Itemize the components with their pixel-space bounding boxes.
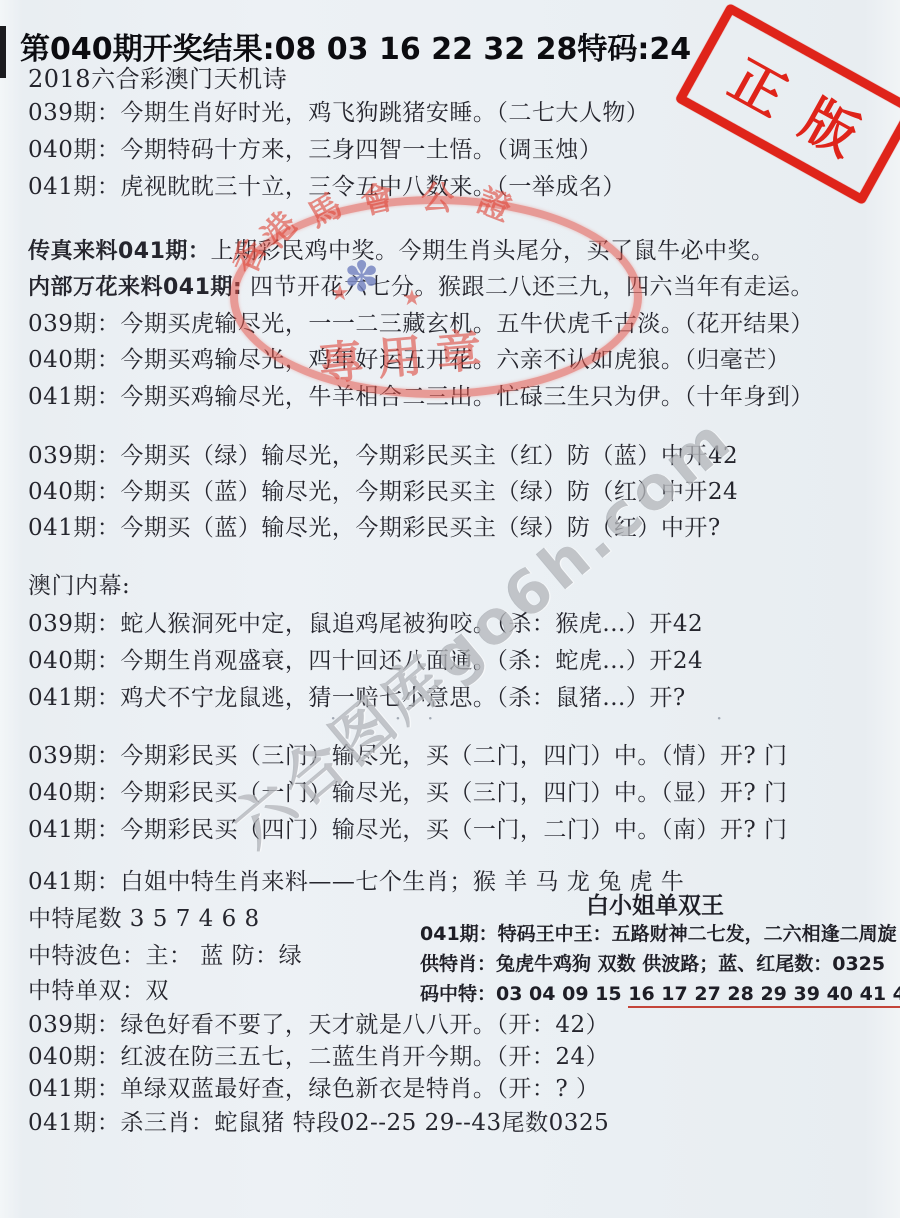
codes-prefix: 码中特：03 04 09 15 — [420, 983, 628, 1005]
tail-line: 040期：红波在防三五七，二蓝生肖开今期。（开：24） — [28, 1044, 609, 1070]
special-intro: 041期：白姐中特生肖来料——七个生肖；猴 羊 马 龙 兔 虎 牛 — [28, 869, 684, 895]
special-stat: 中特波色：主： 蓝 防：绿 — [28, 943, 302, 969]
white-lady-codes: 码中特：03 04 09 15 16 17 27 28 29 39 40 41 … — [420, 979, 900, 1009]
chop-arc-char: 會 — [358, 180, 398, 220]
white-lady-line: 供特肖：兔虎牛鸡狗 双数 供波路；蓝、红尾数：0325 — [420, 949, 900, 979]
white-lady-box: 白小姐单双王 041期：特码王中王：五路财神二七发，二六相逢二周旋 供特肖：兔虎… — [420, 893, 900, 1009]
chop-arc-char: 公 — [420, 180, 455, 215]
fax-line-prefix: 内部万花来料041期: — [28, 275, 242, 300]
genuine-stamp: 正版 — [674, 3, 900, 206]
white-lady-title: 白小姐单双王 — [420, 893, 890, 919]
macau-line: 039期：蛇人猴洞死中定，鼠追鸡尾被狗咬。（杀：猴虎...）开42 — [28, 611, 703, 637]
poem-line: 040期：今期特码十方来，三身四智一土悟。（调玉烛） — [28, 137, 602, 163]
page-title: 第040期开奖结果:08 03 16 22 32 28特码:24 — [20, 24, 691, 68]
macau-heading: 澳门内幕: — [28, 573, 130, 599]
genuine-stamp-label: 正版 — [693, 24, 898, 184]
scan-edge-mark — [0, 26, 6, 78]
special-stat: 中特单双：双 — [28, 978, 169, 1004]
poem-heading: 2018六合彩澳门天机诗 — [28, 66, 287, 92]
codes-underlined: 16 17 27 28 29 39 40 41 43 44 — [628, 983, 900, 1008]
lottery-tip-sheet: 第040期开奖结果:08 03 16 22 32 28特码:24 2018六合彩… — [0, 0, 900, 1218]
flower-emblem-icon: ✽ — [344, 252, 379, 301]
special-stat: 中特尾数 3 5 7 4 6 8 — [28, 906, 260, 932]
tail-line: 041期：单绿双蓝最好查，绿色新衣是特肖。（开：? ） — [28, 1076, 600, 1102]
door-line: 040期：今期彩民买（一门）输尽光，买（三门，四门）中。（显）开? 门 — [28, 780, 788, 806]
star-icon: ★ — [402, 286, 422, 311]
door-line: 041期：今期彩民买（四门）输尽光，买（一门，二门）中。（南）开? 门 — [28, 817, 788, 843]
door-line: 039期：今期彩民买（三门）输尽光，买（二门，四门）中。（情）开? 门 — [28, 743, 788, 769]
faint-dot: · — [716, 706, 748, 730]
tail-line: 039期：绿色好看不要了，天才就是八八开。（开：42） — [28, 1012, 609, 1038]
kill-line: 041期：杀三肖：蛇鼠猪 特段02--25 29--43尾数0325 — [28, 1110, 609, 1136]
fax-line-prefix: 传真来料041期： — [28, 239, 210, 264]
poem-line: 039期：今期生肖好时光，鸡飞狗跳猪安睡。（二七大人物） — [28, 100, 649, 126]
white-lady-line: 041期：特码王中王：五路财神二七发，二六相逢二周旋 — [420, 919, 900, 949]
